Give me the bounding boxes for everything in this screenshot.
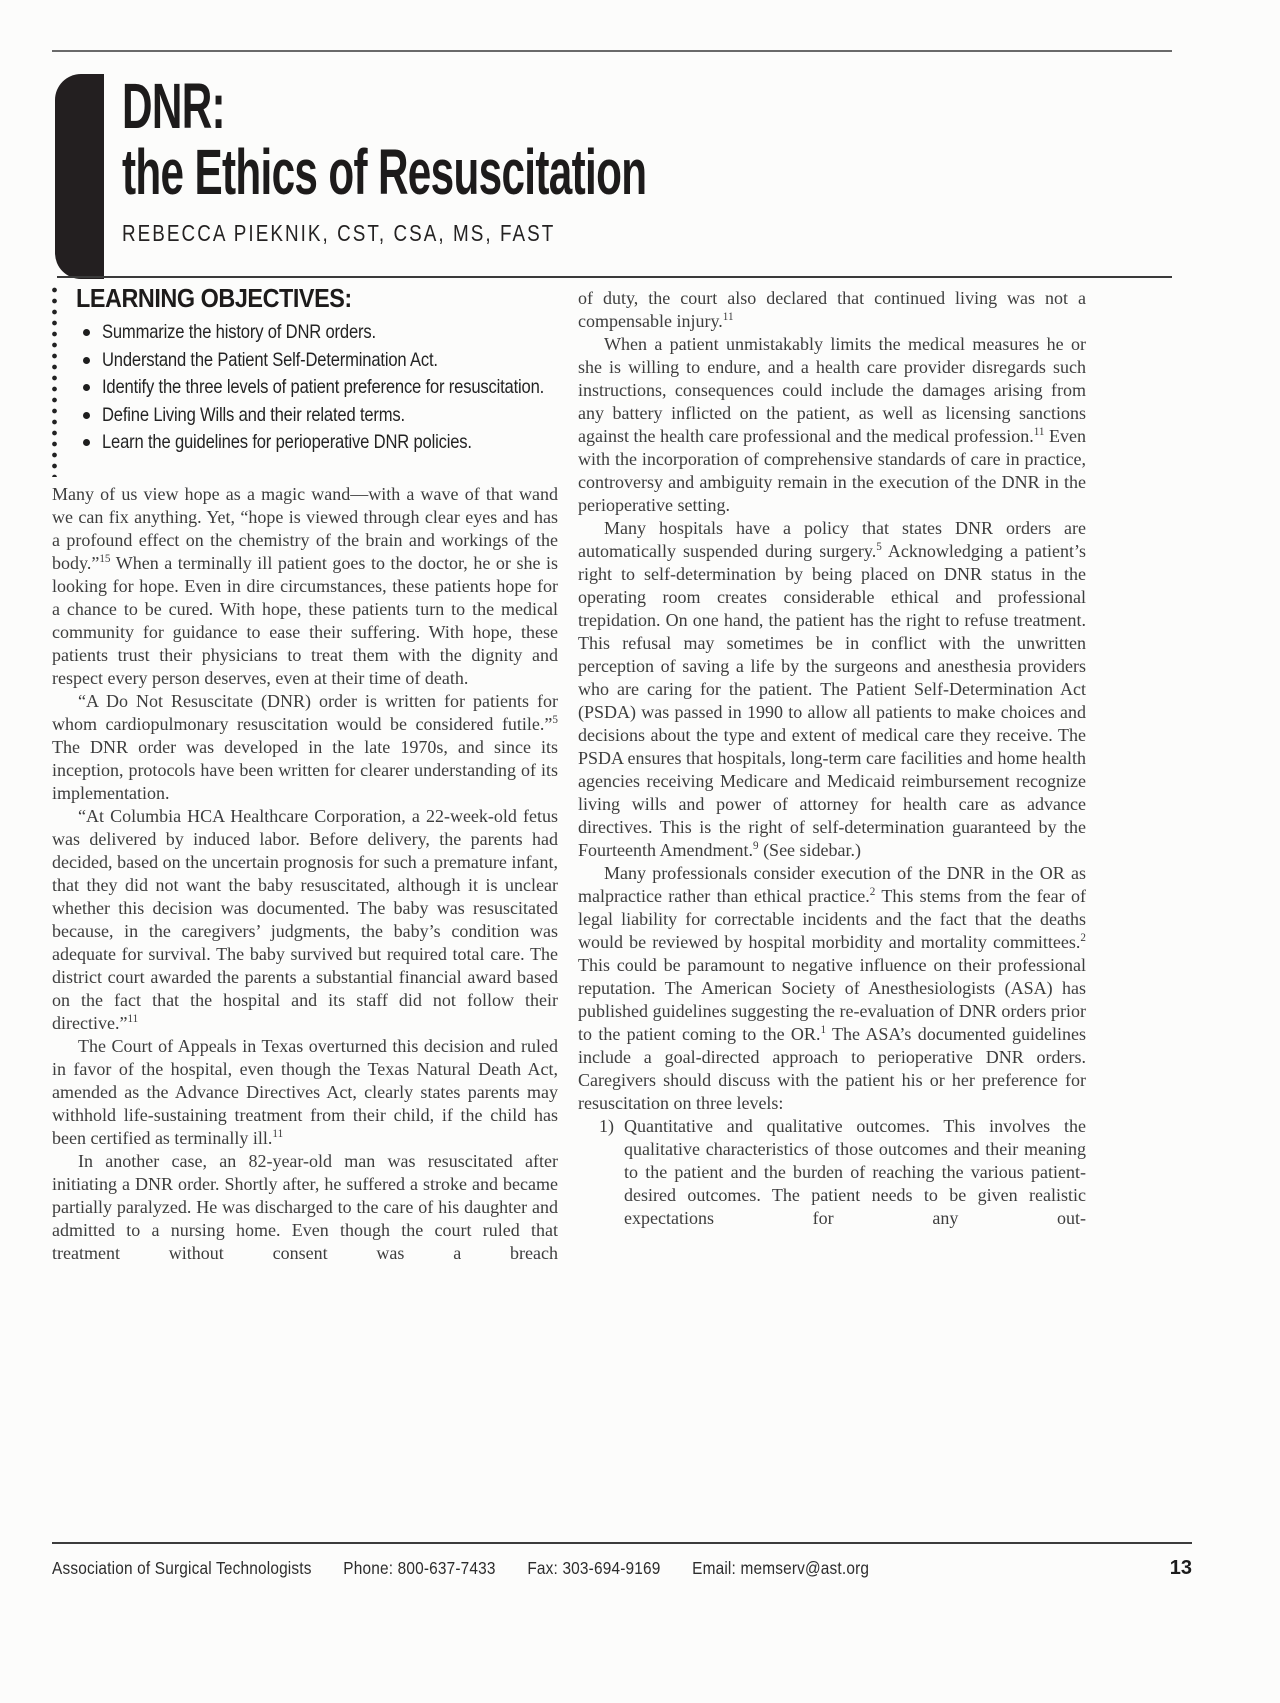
citation-superscript: 5 bbox=[552, 714, 558, 726]
learning-objectives-box: LEARNING OBJECTIVES: Summarize the histo… bbox=[52, 281, 558, 473]
learning-objectives-heading-text: LEARNING OBJECTIVES: bbox=[76, 285, 352, 312]
right-column-paragraphs: of duty, the court also declared that co… bbox=[578, 287, 1086, 1115]
objective-item-text: Summarize the history of DNR orders. bbox=[102, 319, 561, 346]
paragraph: In another case, an 82-year-old man was … bbox=[52, 1150, 558, 1265]
header-bottom-rule bbox=[57, 276, 1172, 278]
article-title-text2: the Ethics of Resuscitation bbox=[122, 141, 646, 203]
paragraph: “At Columbia HCA Healthcare Corporation,… bbox=[52, 805, 558, 1035]
objective-item: Summarize the history of DNR orders. bbox=[102, 319, 558, 346]
citation-superscript: 5 bbox=[876, 541, 882, 553]
article-title-text1: DNR: bbox=[122, 75, 225, 137]
right-column: of duty, the court also declared that co… bbox=[578, 281, 1086, 1265]
journal-page: DNR: the Ethics of Resuscitation REBECCA… bbox=[0, 0, 1280, 1703]
title-accent-bar bbox=[55, 74, 104, 279]
objective-item: Identify the three levels of patient pre… bbox=[102, 374, 558, 401]
citation-superscript: 2 bbox=[870, 886, 876, 898]
citation-superscript: 11 bbox=[272, 1128, 283, 1140]
footer-organization: Association of Surgical Technologists bbox=[52, 1558, 312, 1579]
page-footer: Association of Surgical Technologists Ph… bbox=[52, 1557, 1192, 1580]
numbered-list-item: 1)Quantitative and qualitative outcomes.… bbox=[578, 1115, 1086, 1230]
article-header: DNR: the Ethics of Resuscitation REBECCA… bbox=[55, 74, 1172, 280]
footer-phone-label: Phone: bbox=[343, 1558, 393, 1578]
learning-objectives-heading: LEARNING OBJECTIVES: bbox=[76, 285, 558, 312]
learning-objectives-list: Summarize the history of DNR orders.Unde… bbox=[76, 319, 558, 456]
citation-superscript: 9 bbox=[753, 840, 759, 852]
paragraph: The Court of Appeals in Texas overturned… bbox=[52, 1035, 558, 1150]
footer-phone-number: 800-637-7433 bbox=[398, 1558, 496, 1578]
left-column-paragraphs: Many of us view hope as a magic wand—wit… bbox=[52, 483, 558, 1265]
left-column: LEARNING OBJECTIVES: Summarize the histo… bbox=[52, 281, 558, 1265]
title-block: DNR: the Ethics of Resuscitation REBECCA… bbox=[122, 74, 1172, 247]
article-body: LEARNING OBJECTIVES: Summarize the histo… bbox=[52, 281, 1086, 1265]
citation-superscript: 15 bbox=[99, 553, 110, 565]
objective-item-text: Learn the guidelines for perioperative D… bbox=[102, 429, 561, 456]
footer-contact-info: Association of Surgical Technologists Ph… bbox=[52, 1558, 869, 1579]
paragraph: Many hospitals have a policy that states… bbox=[578, 517, 1086, 862]
paragraph: of duty, the court also declared that co… bbox=[578, 287, 1086, 333]
numbered-list: 1)Quantitative and qualitative outcomes.… bbox=[578, 1115, 1086, 1230]
objective-item: Define Living Wills and their related te… bbox=[102, 402, 558, 429]
footer-email-label: Email: bbox=[692, 1558, 736, 1578]
citation-superscript: 1 bbox=[820, 1024, 826, 1036]
citation-superscript: 11 bbox=[127, 1013, 138, 1025]
article-title-line1: DNR: bbox=[122, 75, 1172, 137]
citation-superscript: 11 bbox=[723, 311, 734, 323]
objective-item-text: Define Living Wills and their related te… bbox=[102, 402, 561, 429]
footer-rule bbox=[52, 1542, 1192, 1544]
objective-item-text: Understand the Patient Self-Determinatio… bbox=[102, 347, 561, 374]
citation-superscript: 11 bbox=[1034, 426, 1045, 438]
paragraph: Many of us view hope as a magic wand—wit… bbox=[52, 483, 558, 690]
footer-fax-label: Fax: bbox=[527, 1558, 558, 1578]
footer-email-address: memserv@ast.org bbox=[740, 1558, 869, 1578]
objective-item: Understand the Patient Self-Determinatio… bbox=[102, 347, 558, 374]
footer-phone: Phone: 800-637-7433 bbox=[343, 1558, 495, 1579]
author-byline-text: REBECCA PIEKNIK, CST, CSA, MS, FAST bbox=[122, 220, 555, 247]
page-number: 13 bbox=[1170, 1557, 1192, 1580]
list-marker: 1) bbox=[599, 1115, 614, 1138]
article-title-line2: the Ethics of Resuscitation bbox=[122, 141, 1172, 203]
footer-fax: Fax: 303-694-9169 bbox=[527, 1558, 660, 1579]
objective-item: Learn the guidelines for perioperative D… bbox=[102, 429, 558, 456]
paragraph: Many professionals consider execution of… bbox=[578, 862, 1086, 1115]
footer-fax-number: 303-694-9169 bbox=[562, 1558, 660, 1578]
top-rule bbox=[52, 50, 1172, 52]
paragraph: “A Do Not Resuscitate (DNR) order is wri… bbox=[52, 690, 558, 805]
objective-item-text: Identify the three levels of patient pre… bbox=[102, 374, 561, 401]
citation-superscript: 2 bbox=[1080, 932, 1086, 944]
author-byline: REBECCA PIEKNIK, CST, CSA, MS, FAST bbox=[122, 220, 1172, 247]
footer-email: Email: memserv@ast.org bbox=[692, 1558, 869, 1579]
paragraph: When a patient unmistakably limits the m… bbox=[578, 333, 1086, 517]
